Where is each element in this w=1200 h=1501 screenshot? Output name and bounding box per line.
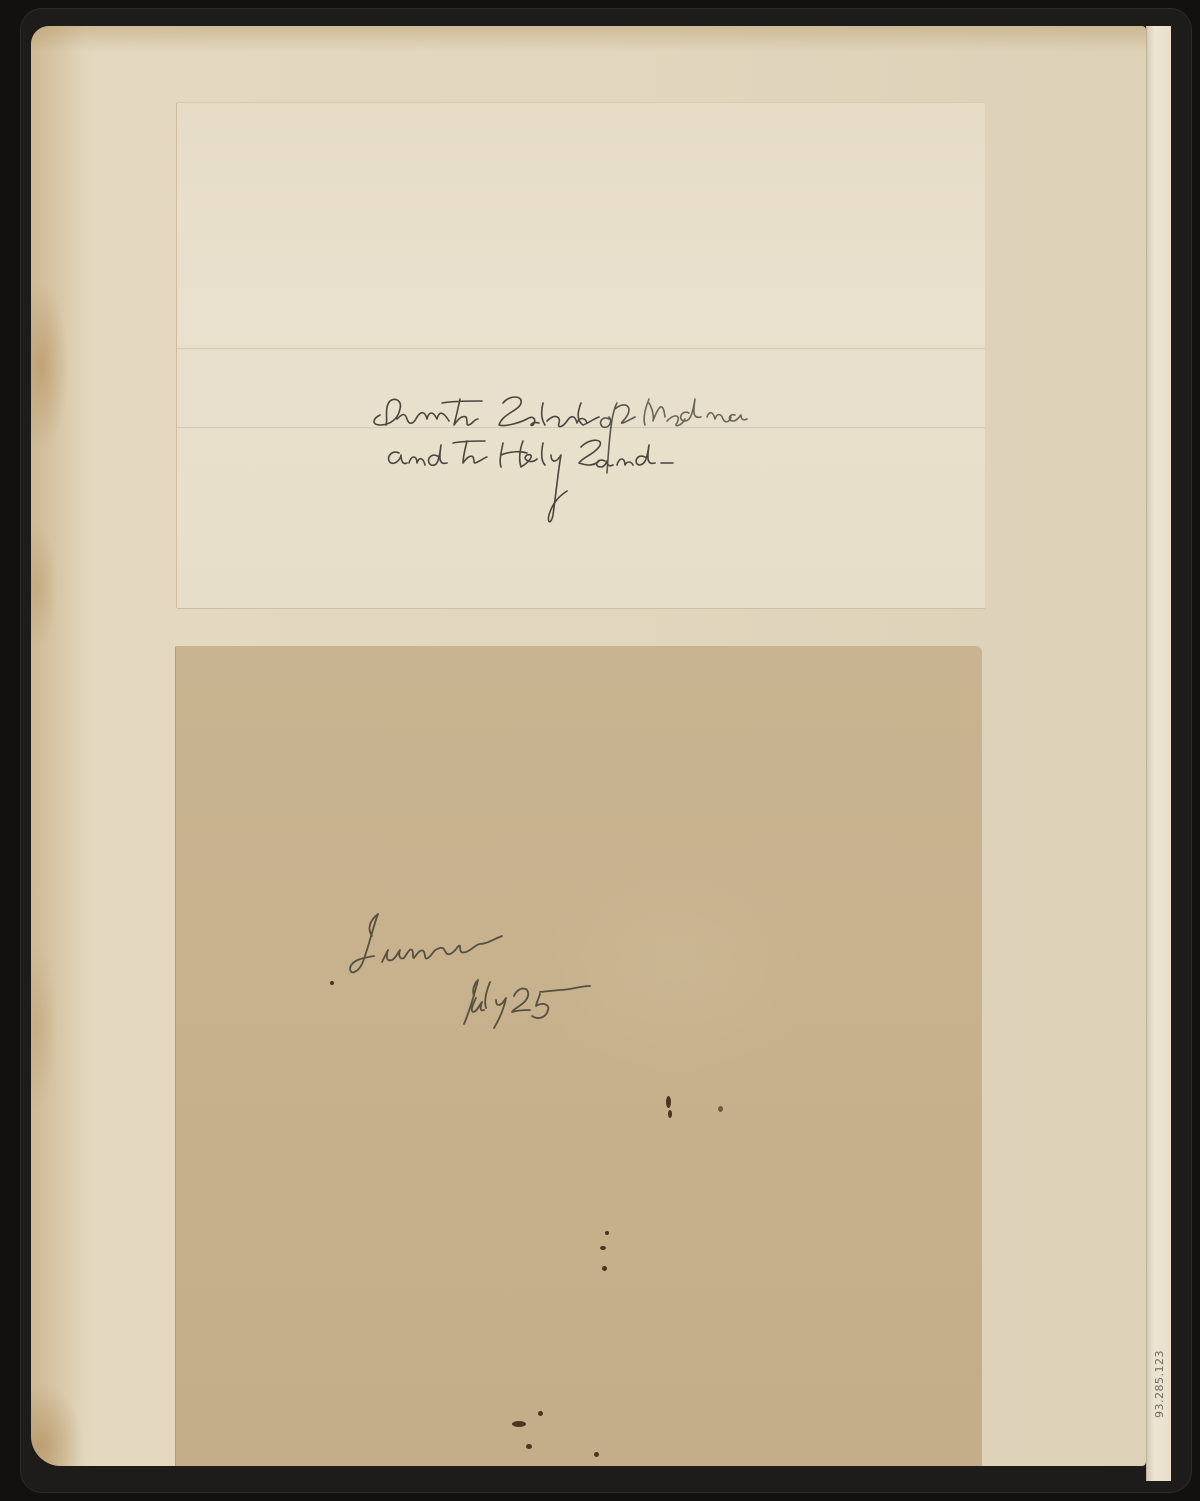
handwriting-juneau-date [176, 646, 982, 1466]
accession-number: 93.285.123 [1153, 1350, 1166, 1418]
ink-spot [538, 1411, 543, 1416]
ink-spot [526, 1444, 532, 1449]
ink-spot [668, 1110, 672, 1118]
ink-spot [666, 1096, 671, 1108]
edge-discoloration-top [31, 26, 1146, 52]
ink-spot [330, 981, 334, 985]
ink-spot [594, 1452, 599, 1457]
top-paper-note: From the Island of Madeira and the Holy … [177, 103, 985, 608]
mount-binding-strip [1146, 26, 1171, 1481]
bottom-paper-note: Juneau July 25 [176, 646, 982, 1466]
ink-spot [718, 1106, 723, 1112]
ink-spot [600, 1246, 606, 1250]
water-stain-left [31, 26, 86, 1466]
handwriting-madeira-inscription [177, 103, 985, 608]
ink-spot [512, 1421, 526, 1427]
ink-spot [605, 1231, 609, 1235]
ink-spot [602, 1266, 607, 1271]
